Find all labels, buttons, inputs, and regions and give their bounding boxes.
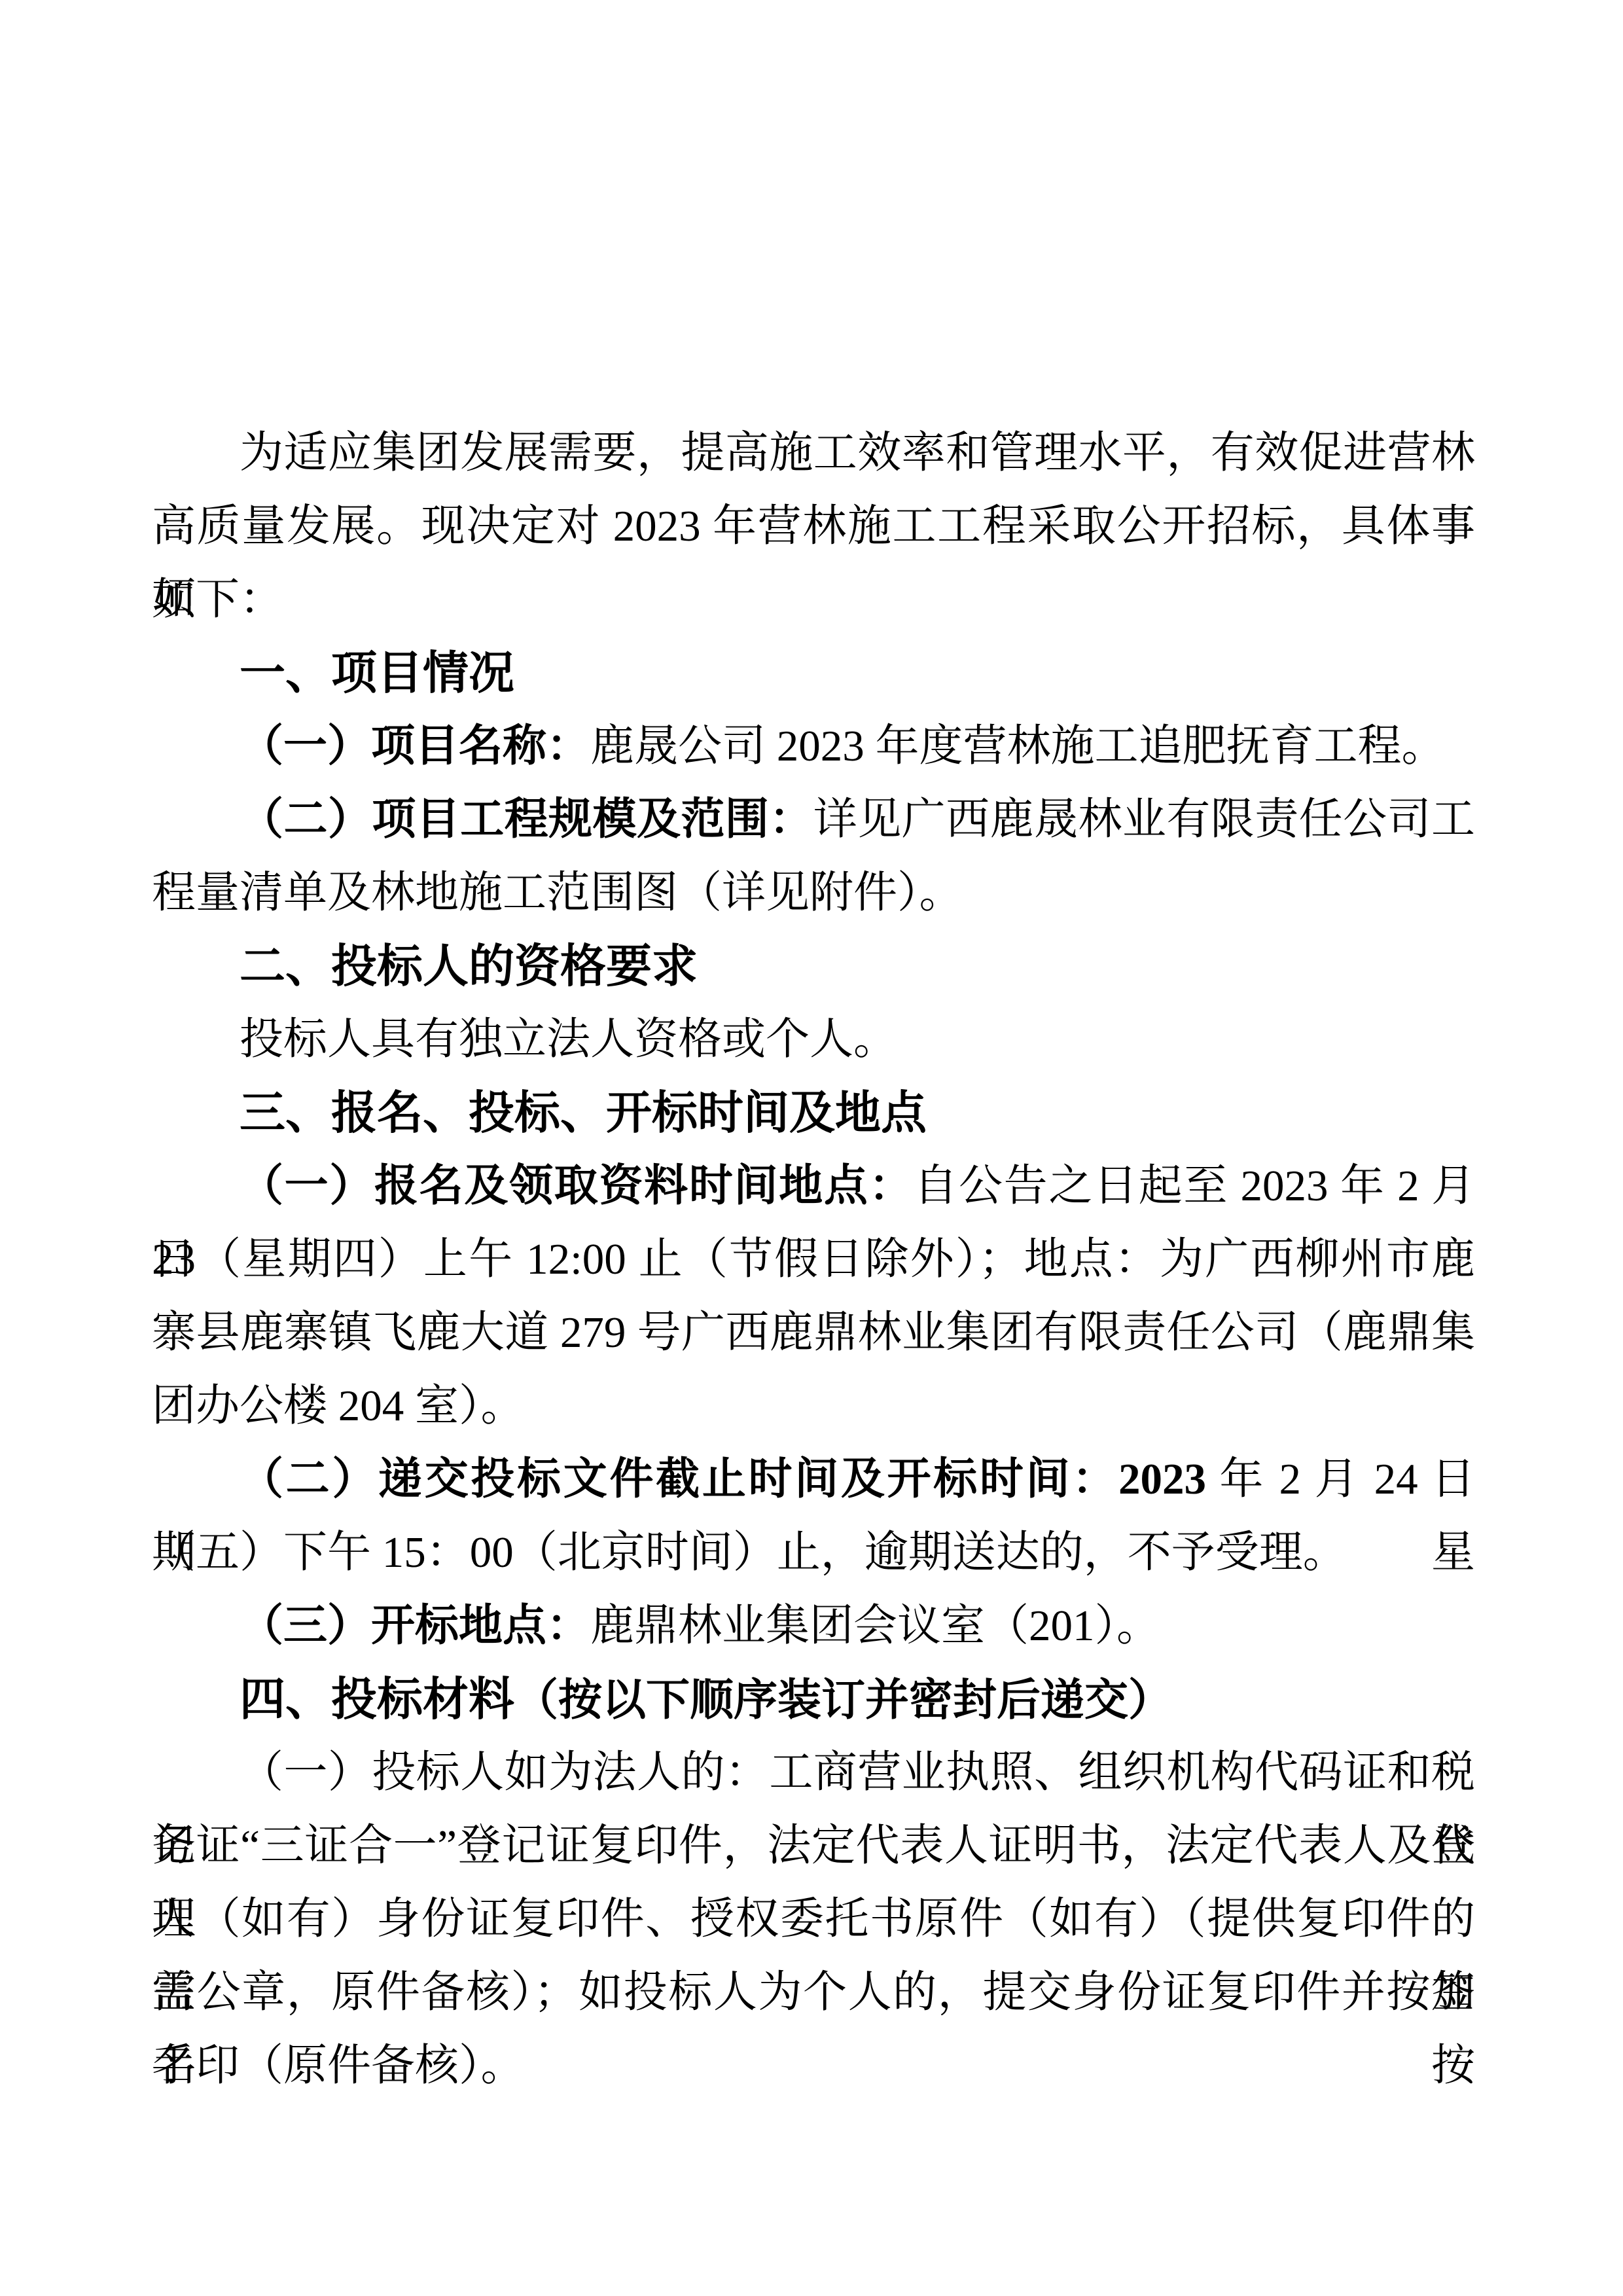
text-line: 如下： xyxy=(152,563,1475,636)
text-segment: 一、项目情况 xyxy=(240,647,514,698)
text-line: 日（星期四）上午 12:00 止（节假日除外）；地点：为广西柳州市鹿 xyxy=(152,1223,1475,1296)
document-page: { "page": { "background_color": "#ffffff… xyxy=(0,0,1623,2296)
text-segment: （二）递交投标文件截止时间及开标时间：2023 xyxy=(240,1455,1206,1503)
text-line: 四、投标材料（按以下顺序装订并密封后递交） xyxy=(152,1662,1475,1736)
text-line: （二）项目工程规模及范围：详见广西鹿晟林业有限责任公司工 xyxy=(152,783,1475,856)
page: 为适应集团发展需要，提高施工效率和管理水平，有效促进营林高质量发展。现决定对 2… xyxy=(0,0,1623,2296)
text-line: 期五）下午 15：00（北京时间）止，逾期送达的，不予受理。 xyxy=(152,1516,1475,1589)
text-line: 为适应集团发展需要，提高施工效率和管理水平，有效促进营林 xyxy=(152,416,1475,490)
text-segment: 投标人具有独立法人资格或个人。 xyxy=(240,1015,897,1064)
text-line: 二、投标人的资格要求 xyxy=(152,929,1475,1003)
text-segment: 程量清单及林地施工范围图（详见附件）。 xyxy=(152,869,963,917)
text-line: 一、项目情况 xyxy=(152,636,1475,709)
text-line: （一）投标人如为法人的：工商营业执照、组织机构代码证和税务登 xyxy=(152,1736,1475,1809)
text-segment: 四、投标材料 xyxy=(240,1674,514,1725)
text-segment: 如下： xyxy=(152,575,283,624)
text-block: 为适应集团发展需要，提高施工效率和管理水平，有效促进营林高质量发展。现决定对 2… xyxy=(152,416,1475,2102)
text-line: 投标人具有独立法人资格或个人。 xyxy=(152,1003,1475,1076)
text-segment: 详见广西鹿晟林业有限责任公司工 xyxy=(813,795,1475,844)
text-segment: 团办公楼 204 室）。 xyxy=(152,1382,525,1430)
text-line: 人（如有）身份证复印件、授权委托书原件（如有）（提供复印件的需加 xyxy=(152,1882,1475,1956)
text-segment: 期五）下午 15：00（北京时间）止，逾期送达的，不予受理。 xyxy=(152,1528,1347,1577)
text-line: 团办公楼 204 室）。 xyxy=(152,1369,1475,1443)
text-line: （一）项目名称：鹿晟公司 2023 年度营林施工追肥抚育工程。 xyxy=(152,709,1475,783)
text-segment: （一）项目名称： xyxy=(240,722,590,770)
text-line: 记证“三证合一”登记证复印件，法定代表人证明书，法定代表人及代理 xyxy=(152,1809,1475,1882)
text-segment: 寨县鹿寨镇飞鹿大道 279 号广西鹿鼎林业集团有限责任公司（鹿鼎集 xyxy=(152,1308,1475,1357)
text-line: 寨县鹿寨镇飞鹿大道 279 号广西鹿鼎林业集团有限责任公司（鹿鼎集 xyxy=(152,1296,1475,1369)
text-line: 程量清单及林地施工范围图（详见附件）。 xyxy=(152,856,1475,929)
text-segment: （三）开标地点： xyxy=(240,1602,590,1650)
text-segment: （一）报名及领取资料时间地点： xyxy=(240,1162,914,1210)
text-segment: （按以下顺序装订并密封后递交） xyxy=(514,1676,1172,1725)
text-line: （三）开标地点：鹿鼎林业集团会议室（201）。 xyxy=(152,1589,1475,1662)
text-line: 盖公章，原件备核）；如投标人为个人的，提交身份证复印件并按签名按 xyxy=(152,1956,1475,2029)
text-segment: 三、报名、投标、开标时间及地点 xyxy=(240,1087,927,1138)
text-line: 三、报名、投标、开标时间及地点 xyxy=(152,1076,1475,1149)
text-line: （一）报名及领取资料时间地点：自公告之日起至 2023 年 2 月 23 xyxy=(152,1149,1475,1223)
text-segment: 二、投标人的资格要求 xyxy=(240,941,698,992)
text-segment: 手印（原件备核）。 xyxy=(152,2041,525,2090)
text-line: （二）递交投标文件截止时间及开标时间：2023 年 2 月 24 日（星 xyxy=(152,1443,1475,1516)
text-segment: 鹿鼎林业集团会议室（201）。 xyxy=(590,1602,1160,1650)
text-segment: 鹿晟公司 2023 年度营林施工追肥抚育工程。 xyxy=(590,722,1446,770)
text-segment: 为适应集团发展需要，提高施工效率和管理水平，有效促进营林 xyxy=(240,429,1475,477)
text-segment: 日（星期四）上午 12:00 止（节假日除外）；地点：为广西柳州市鹿 xyxy=(152,1235,1475,1283)
text-segment: （二）项目工程规模及范围： xyxy=(240,795,813,844)
text-line: 高质量发展。现决定对 2023 年营林施工工程采取公开招标，具体事项 xyxy=(152,490,1475,563)
